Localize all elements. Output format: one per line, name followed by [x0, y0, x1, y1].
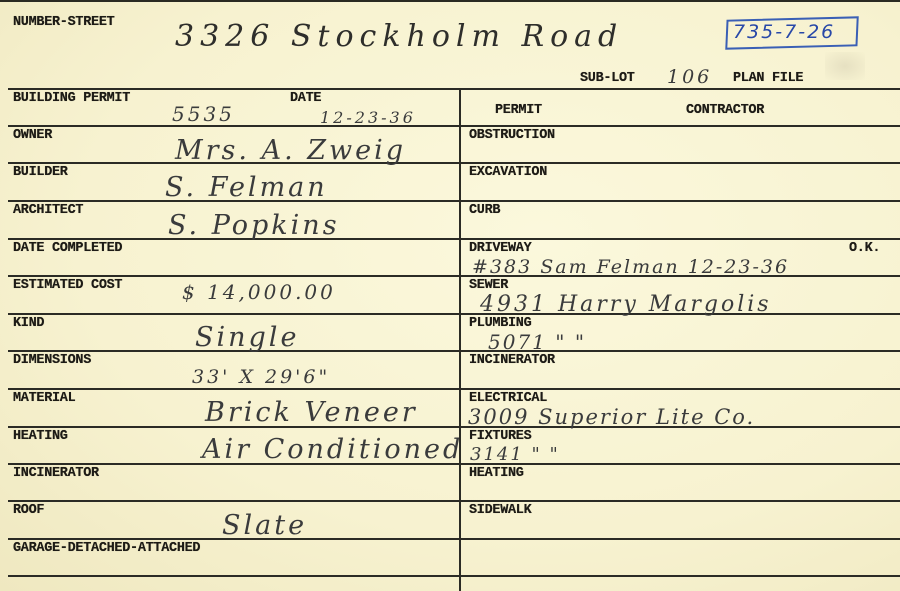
permit-label-curb: CURB — [469, 204, 500, 218]
sub-lot-value: 106 — [667, 68, 712, 87]
column-divider — [459, 90, 461, 591]
field-value-builder: S. Felman — [165, 174, 328, 201]
permit-label-fixtures: FIXTURES — [469, 430, 531, 444]
rule-line — [8, 500, 900, 502]
permit-value-fixtures: 3141 " " — [470, 446, 560, 464]
sub-lot-label: SUB-LOT — [580, 72, 635, 86]
rule-line — [8, 88, 900, 90]
rule-line — [8, 575, 900, 577]
field-label-material: MATERIAL — [13, 392, 75, 406]
permit-label-driveway: DRIVEWAY — [469, 242, 531, 256]
field-label-date: DATE — [290, 92, 321, 106]
permit-value-electrical: 3009 Superior Lite Co. — [468, 407, 755, 428]
plan-file-label: PLAN FILE — [733, 72, 803, 86]
number-street-label: NUMBER-STREET — [13, 16, 114, 30]
field-label-heating: HEATING — [13, 430, 68, 444]
permit-card: NUMBER-STREET 3326 Stockholm Road 735-7-… — [0, 2, 900, 591]
rule-line — [8, 538, 900, 540]
permit-label-sewer: SEWER — [469, 279, 508, 293]
permit-label-sidewalk: SIDEWALK — [469, 504, 531, 518]
file-number-stamp-text: 735-7-26 — [733, 21, 835, 43]
permit-label-plumbing: PLUMBING — [469, 317, 531, 331]
permit-value-driveway: #383 Sam Felman 12-23-36 — [472, 258, 789, 277]
field-label-date-completed: DATE COMPLETED — [13, 242, 122, 256]
rule-line — [8, 162, 900, 164]
field-value-architect: S. Popkins — [168, 212, 340, 239]
smudge — [825, 52, 865, 80]
field-label-incinerator: INCINERATOR — [13, 467, 99, 481]
permit-column-header: PERMIT — [495, 104, 542, 118]
contractor-column-header: CONTRACTOR — [686, 104, 764, 118]
field-value-dimensions: 33' X 29'6" — [192, 368, 330, 387]
permit-value-sewer: 4931 Harry Margolis — [480, 294, 772, 316]
rule-line — [8, 426, 900, 428]
number-street-value: 3326 Stockholm Road — [175, 22, 623, 52]
field-value-building-permit: 5535 — [172, 104, 235, 124]
rule-line — [8, 238, 900, 240]
permit-value-plumbing: 5071 " " — [488, 332, 586, 352]
field-value-date: 12-23-36 — [320, 110, 416, 126]
field-value-heating: Air Conditioned — [202, 436, 463, 463]
field-label-kind: KIND — [13, 317, 44, 331]
field-value-roof: Slate — [222, 512, 307, 539]
field-label-dimensions: DIMENSIONS — [13, 354, 91, 368]
permit-label-electrical: ELECTRICAL — [469, 392, 547, 406]
field-value-owner: Mrs. A. Zweig — [175, 137, 406, 164]
permit-label-obstruction: OBSTRUCTION — [469, 129, 555, 143]
field-value-material: Brick Veneer — [205, 399, 418, 426]
field-value-estimated-cost: $ 14,000.00 — [182, 282, 336, 302]
permit-status-driveway: O.K. — [849, 242, 880, 256]
permit-label-excavation: EXCAVATION — [469, 166, 547, 180]
rule-line — [8, 350, 900, 352]
rule-line — [8, 200, 900, 202]
permit-label-heating: HEATING — [469, 467, 524, 481]
rule-line — [8, 388, 900, 390]
field-value-kind: Single — [195, 324, 299, 351]
field-label-garage: GARAGE-DETACHED-ATTACHED — [13, 542, 200, 556]
rule-line — [8, 125, 900, 127]
field-label-architect: ARCHITECT — [13, 204, 83, 218]
field-label-owner: OWNER — [13, 129, 52, 143]
field-label-estimated-cost: ESTIMATED COST — [13, 279, 122, 293]
field-label-roof: ROOF — [13, 504, 44, 518]
field-label-builder: BUILDER — [13, 166, 68, 180]
permit-label-incinerator: INCINERATOR — [469, 354, 555, 368]
field-label-building-permit: BUILDING PERMIT — [13, 92, 130, 106]
